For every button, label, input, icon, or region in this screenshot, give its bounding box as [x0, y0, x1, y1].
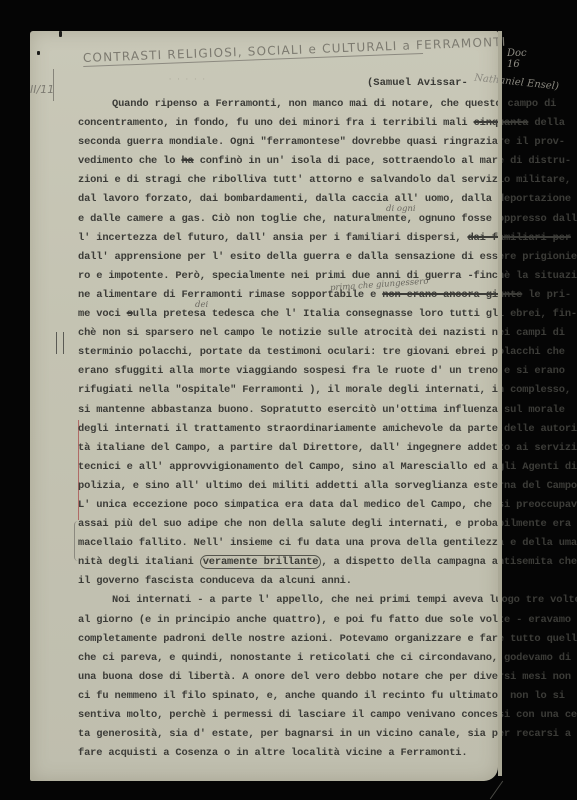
text-line: erano sfuggiti alla morte viaggiando sos…: [78, 362, 498, 381]
text-line: me voci sulla pretesa tedesca che l' Ita…: [78, 305, 498, 324]
text-line: tà italiane del Campo, a partire dal Dir…: [78, 439, 498, 458]
text-line: dal lavoro forzato, dai bombardamenti, d…: [78, 190, 498, 209]
text-line: ro e impotente. Però, specialmente nei p…: [78, 267, 498, 286]
text-line: sterminio polacchi, portate da testimoni…: [78, 343, 498, 362]
text-line: l' incertezza del futuro, dall' ansia pe…: [78, 229, 498, 248]
document-page: CONTRASTI RELIGIOSI, SOCIALI e CULTURALI…: [30, 31, 498, 781]
text-line: si mantenne abbastanza buono. Sopratutto…: [78, 401, 498, 420]
text-line: zioni e di stragi che ribolliva tutt' at…: [78, 171, 498, 190]
author-typed: (Samuel Avissar-: [367, 77, 468, 89]
boxed-phrase: veramente brillante: [200, 555, 322, 569]
folio-number: II/11: [30, 83, 54, 96]
text-line: rifugiati nella "ospitale" Ferramonti ),…: [78, 381, 498, 400]
text-line: fare acquisti a Cosenza o in altre local…: [78, 744, 498, 763]
text-line: assai più del suo adipe che non della sa…: [78, 515, 498, 534]
text-line: L' unica eccezione poco simpatica era da…: [78, 496, 498, 515]
faint-pencil-note: · · · · ·: [168, 76, 206, 84]
text-line: macellaio fallito. Nell' insieme ci fu d…: [78, 534, 498, 553]
text-line: completamente padroni delle nostre azion…: [78, 630, 498, 649]
text-line: nità degli italiani veramente brillante,…: [78, 553, 498, 572]
text-line: vedimento che lo ha confinò in un' isola…: [78, 152, 498, 171]
typewritten-body: Quando ripenso a Ferramonti, non manco m…: [78, 95, 498, 763]
page-tear: [490, 781, 503, 800]
handwritten-title: CONTRASTI RELIGIOSI, SOCIALI e CULTURALI…: [83, 38, 423, 67]
staple-mark: [37, 51, 40, 55]
text-line: ci fu nemmeno il filo spinato, e, anche …: [78, 687, 498, 706]
text-line: ne alimentare di Ferramonti rimase soppo…: [78, 286, 498, 305]
staple-mark: [59, 31, 62, 37]
folio-divider: [53, 69, 54, 101]
text-line: sentiva molto, perchè i permessi di lasc…: [78, 706, 498, 725]
text-line: al giorno (e in principio anche quattro)…: [78, 611, 498, 630]
document-number-mark: Doc 16: [507, 48, 527, 70]
text-line: polizia, e sino all' ultimo dei militi a…: [78, 477, 498, 496]
page-edge: [498, 31, 502, 776]
text-line: degli internati il trattamento straordin…: [78, 420, 498, 439]
struck-text: dai familiari per: [467, 232, 570, 244]
text-line: che ci pareva, e quindi, nonostante i re…: [78, 649, 498, 668]
author-handwritten: Nathaniel Ensel): [474, 73, 560, 93]
text-line: Quando ripenso a Ferramonti, non manco m…: [78, 95, 498, 114]
margin-double-bar: [56, 332, 64, 354]
text-line: una buona dose di libertà. A onore del v…: [78, 668, 498, 687]
text-line: concentramento, in fondo, fu uno dei min…: [78, 114, 498, 133]
text-line: il governo fascista conduceva da alcuni …: [78, 572, 498, 591]
text-line: dall' apprensione per l' esito della gue…: [78, 248, 498, 267]
text-line: Noi internati - a parte l' appello, che …: [78, 591, 498, 610]
text-line: chè non si sparsero nel campo le notizie…: [78, 324, 498, 343]
struck-text: ha: [181, 155, 193, 167]
text-line: seconda guerra mondiale. Ogni "ferramont…: [78, 133, 498, 152]
text-line: ta generosità, sia d' estate, per bagnar…: [78, 725, 498, 744]
author-line: (Samuel Avissar- Nathaniel Ensel): [367, 77, 559, 89]
struck-text: s: [127, 308, 133, 320]
text-line: e dalle camere a gas. Ciò non toglie che…: [78, 210, 498, 229]
text-line: tecnici e all' approvvigionamento del Ca…: [78, 458, 498, 477]
